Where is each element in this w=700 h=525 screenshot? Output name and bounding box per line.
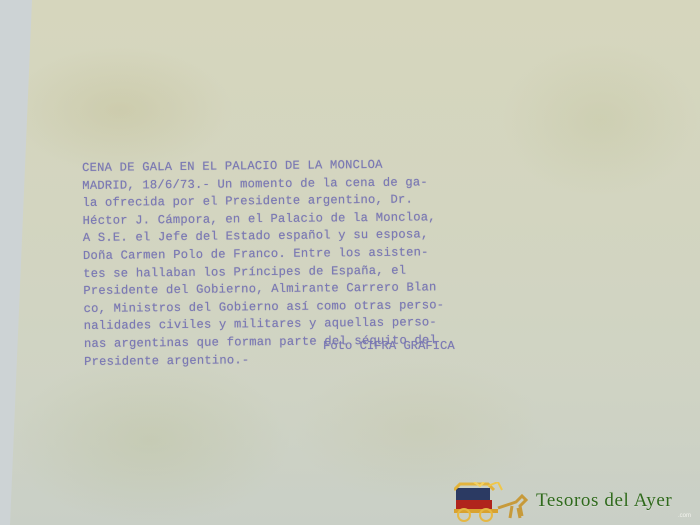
carriage-icon	[454, 482, 530, 522]
brand-domain: .com	[678, 513, 691, 519]
brand-name: Tesoros del Ayer	[536, 490, 672, 512]
watermark-logo: Tesoros del Ayer .com	[452, 478, 700, 525]
photo-credit: Foto CIFRA GRAFICA	[323, 339, 455, 353]
